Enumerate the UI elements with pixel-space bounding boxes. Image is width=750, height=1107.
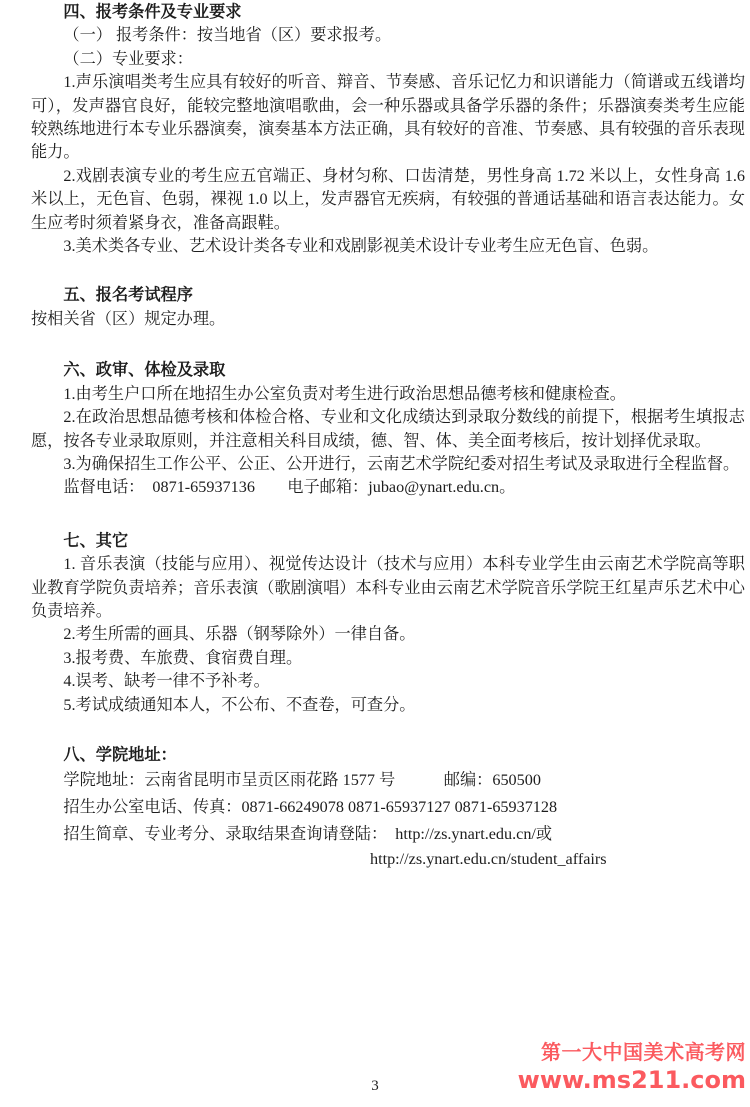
query-url-line-1: 招生简章、专业考分、录取结果查询请登陆： http://zs.ynart.edu… — [31, 821, 745, 848]
section-college-address: 八、学院地址： 学院地址：云南省昆明市呈贡区雨花路 1577 号 邮编：6505… — [31, 744, 745, 872]
paragraph: 5.考试成绩通知本人，不公布、不查卷，可查分。 — [31, 694, 745, 717]
section-application-requirements: 四、报考条件及专业要求 （一） 报考条件：按当地省（区）要求报考。 （二）专业要… — [31, 1, 745, 258]
section-others: 七、其它 1. 音乐表演（技能与应用）、视觉传达设计（技术与应用）本科专业学生由… — [31, 530, 745, 717]
paragraph: 2.在政治思想品德考核和体检合格、专业和文化成绩达到录取分数线的前提下，根据考生… — [31, 406, 745, 453]
paragraph: （二）专业要求： — [31, 48, 745, 71]
paragraph: 3.美术类各专业、艺术设计类各专业和戏剧影视美术设计专业考生应无色盲、色弱。 — [31, 235, 745, 258]
paragraph: 按相关省（区）规定办理。 — [31, 308, 745, 331]
heading-section-6: 六、政审、体检及录取 — [31, 359, 745, 382]
paragraph: （一） 报考条件：按当地省（区）要求报考。 — [31, 24, 745, 47]
paragraph: 1. 音乐表演（技能与应用）、视觉传达设计（技术与应用）本科专业学生由云南艺术学… — [31, 553, 745, 623]
supervision-contact-line: 监督电话： 0871-65937136 电子邮箱：jubao@ynart.edu… — [31, 476, 745, 499]
paragraph: 2.考生所需的画具、乐器（钢琴除外）一律自备。 — [31, 623, 745, 646]
paragraph: 3.为确保招生工作公平、公正、公开进行，云南艺术学院纪委对招生考试及录取进行全程… — [31, 453, 745, 476]
heading-section-8: 八、学院地址： — [31, 744, 745, 767]
heading-section-4: 四、报考条件及专业要求 — [31, 1, 745, 24]
paragraph: 1.由考生户口所在地招生办公室负责对考生进行政治思想品德考核和健康检查。 — [31, 383, 745, 406]
paragraph: 3.报考费、车旅费、食宿费自理。 — [31, 647, 745, 670]
college-address-line: 学院地址：云南省昆明市呈贡区雨花路 1577 号 邮编：650500 — [31, 767, 745, 794]
paragraph: 2.戏剧表演专业的考生应五官端正、身材匀称、口齿清楚，男性身高 1.72 米以上… — [31, 165, 745, 235]
watermark: 第一大中国美术高考网 www.ms211.com — [518, 1040, 746, 1094]
section-registration-procedure: 五、报名考试程序 按相关省（区）规定办理。 — [31, 284, 745, 331]
paragraph: 4.误考、缺考一律不予补考。 — [31, 670, 745, 693]
document-page: 四、报考条件及专业要求 （一） 报考条件：按当地省（区）要求报考。 （二）专业要… — [31, 1, 745, 872]
admission-office-phone-line: 招生办公室电话、传真：0871-66249078 0871-65937127 0… — [31, 794, 745, 821]
query-url-line-2: http://zs.ynart.edu.cn/student_affairs — [31, 848, 745, 871]
section-review-admission: 六、政审、体检及录取 1.由考生户口所在地招生办公室负责对考生进行政治思想品德考… — [31, 359, 745, 499]
paragraph: 1.声乐演唱类考生应具有较好的听音、辩音、节奏感、音乐记忆力和识谱能力（简谱或五… — [31, 71, 745, 165]
heading-section-7: 七、其它 — [31, 530, 745, 553]
heading-section-5: 五、报名考试程序 — [31, 284, 745, 307]
watermark-site-name: 第一大中国美术高考网 — [518, 1040, 746, 1066]
watermark-site-url: www.ms211.com — [518, 1066, 746, 1094]
